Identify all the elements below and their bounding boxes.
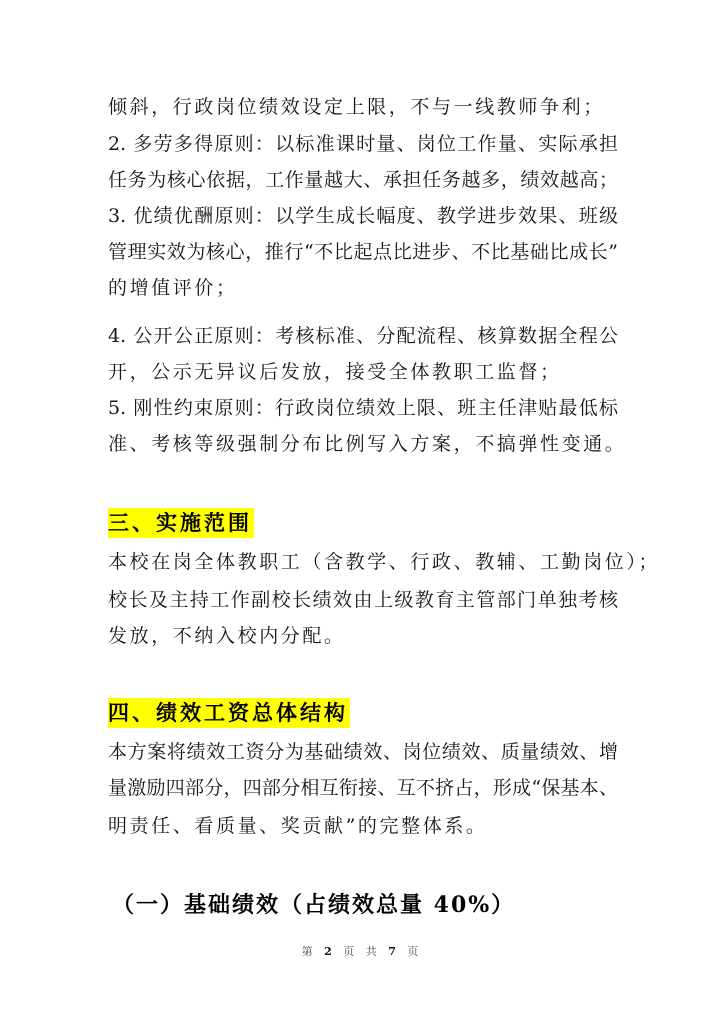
subsection-heading-basic-performance: （一）基础绩效（占绩效总量 40%） [112, 888, 515, 919]
page-footer: 第 2 页 共 7 页 [0, 943, 724, 959]
structure-line-2: 量激励四部分，四部分相互衔接、互不挤占，形成“保基本、 [108, 776, 618, 800]
total-pages-number: 7 [388, 945, 400, 958]
section-heading-structure: 四、绩效工资总体结构 [108, 698, 350, 728]
principle-2-line-1: 2. 多劳多得原则：以标准课时量、岗位工作量、实际承担 [108, 132, 618, 156]
scope-line-2: 校长及主持工作副校长绩效由上级教育主管部门单独考核 [108, 588, 618, 612]
current-page-number: 2 [324, 945, 336, 958]
scope-line-1: 本校在岗全体教职工（含教学、行政、教辅、工勤岗位）； [108, 550, 660, 574]
document-page: 倾斜，行政岗位绩效设定上限，不与一线教师争利； 2. 多劳多得原则：以标准课时量… [0, 0, 724, 1024]
body-line: 倾斜，行政岗位绩效设定上限，不与一线教师争利； [108, 95, 605, 119]
scope-line-3: 发放，不纳入校内分配。 [108, 624, 346, 648]
section-heading-scope: 三、实施范围 [108, 508, 254, 538]
principle-3-line-1: 3. 优绩优酬原则：以学生成长幅度、教学进步效果、班级 [108, 204, 618, 228]
footer-suffix: 页 [407, 945, 422, 958]
principle-5-line-2: 准、考核等级强制分布比例写入方案，不搞弹性变通。 [108, 432, 626, 456]
principle-4-line-2: 开，公示无异议后发放，接受全体教职工监督； [108, 360, 562, 384]
principle-4-line-1: 4. 公开公正原则：考核标准、分配流程、核算数据全程公 [108, 324, 618, 348]
footer-prefix: 第 [302, 945, 317, 958]
principle-3-line-3: 的增值评价； [108, 276, 238, 300]
footer-middle: 页 共 [343, 945, 381, 958]
structure-line-3: 明责任、看质量、奖贡献”的完整体系。 [108, 814, 488, 838]
principle-3-line-2: 管理实效为核心，推行“不比起点比进步、不比基础比成长” [108, 240, 618, 264]
structure-line-1: 本方案将绩效工资分为基础绩效、岗位绩效、质量绩效、增 [108, 740, 618, 764]
principle-2-line-2: 任务为核心依据，工作量越大、承担任务越多，绩效越高； [108, 168, 618, 192]
principle-5-line-1: 5. 刚性约束原则：行政岗位绩效上限、班主任津贴最低标 [108, 396, 618, 420]
